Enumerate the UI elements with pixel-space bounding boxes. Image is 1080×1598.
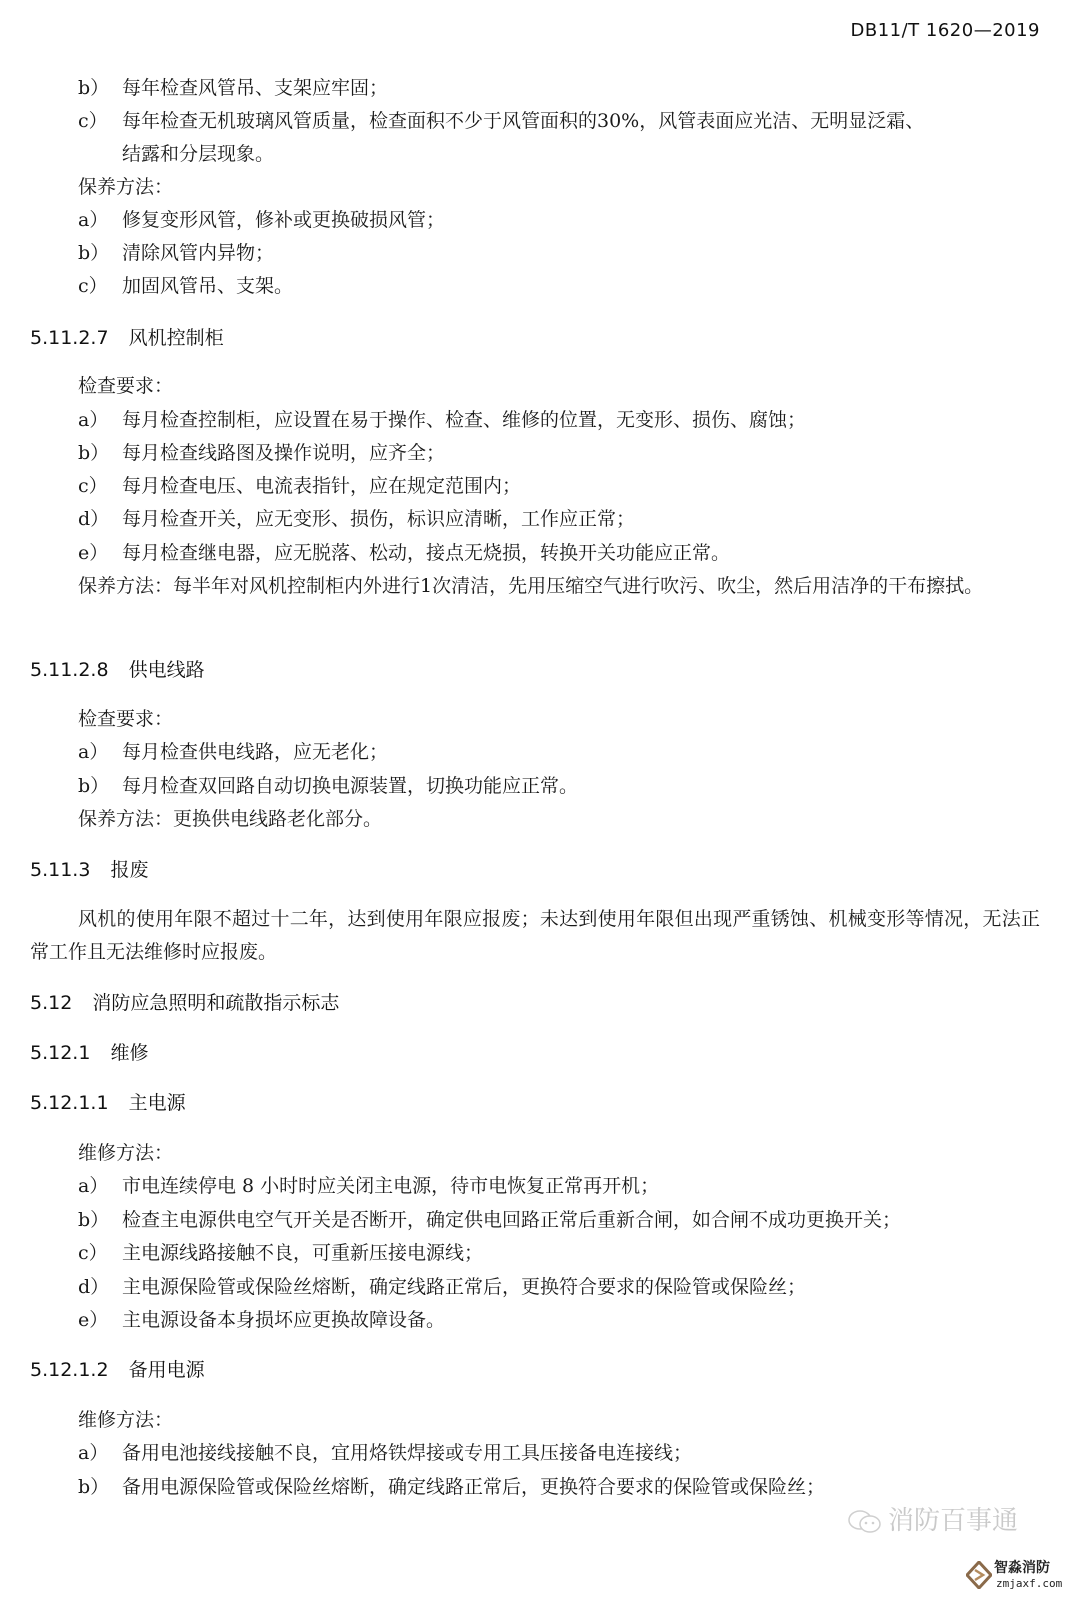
section-heading: 5.11.3报废 — [30, 857, 148, 883]
section-number: 5.12 — [30, 990, 72, 1016]
list-label: c） — [78, 108, 108, 134]
logo-name: 智淼消防 — [994, 1557, 1050, 1577]
site-logo: 智淼消防 zmjaxf.com — [966, 1555, 1076, 1595]
list-item: 每月检查控制柜，应设置在易于操作、检查、维修的位置，无变形、损伤、腐蚀； — [122, 407, 806, 433]
list-label: d） — [78, 506, 109, 532]
method-heading: 维修方法： — [78, 1407, 173, 1433]
section-number: 5.11.2.8 — [30, 657, 109, 683]
section-title: 报废 — [110, 859, 148, 881]
list-label: c） — [78, 473, 108, 499]
list-item: 备用电源保险管或保险丝熔断，确定线路正常后，更换符合要求的保险管或保险丝； — [122, 1474, 825, 1500]
section-heading: 5.11.2.7风机控制柜 — [30, 325, 224, 351]
doc-id: DB11/T 1620—2019 — [850, 20, 1040, 41]
list-item: 每月检查电压、电流表指针，应在规定范围内； — [122, 473, 521, 499]
list-label: b） — [78, 1207, 109, 1233]
list-label: c） — [78, 1240, 108, 1266]
list-item: 主电源设备本身损坏应更换故障设备。 — [122, 1307, 445, 1333]
list-item: 市电连续停电 8 小时时应关闭主电源，待市电恢复正常再开机； — [122, 1173, 659, 1199]
section-title: 备用电源 — [129, 1359, 205, 1381]
section-heading: 5.12.1维修 — [30, 1040, 148, 1066]
list-item: 主电源保险管或保险丝熔断，确定线路正常后，更换符合要求的保险管或保险丝； — [122, 1274, 806, 1300]
list-label: a） — [78, 407, 108, 433]
list-item: 每月检查开关，应无变形、损伤，标识应清晰，工作应正常； — [122, 506, 635, 532]
list-item: 每年检查无机玻璃风管质量，检查面积不少于风管面积的30%，风管表面应光洁、无明显… — [122, 108, 924, 134]
list-label: b） — [78, 773, 109, 799]
section-number: 5.12.1.1 — [30, 1090, 109, 1116]
section-title: 主电源 — [129, 1092, 186, 1114]
list-item-continuation: 结露和分层现象。 — [122, 141, 274, 167]
scrap-paragraph: 风机的使用年限不超过十二年，达到使用年限应报废；未达到使用年限但出现严重锈蚀、机… — [30, 903, 1040, 969]
section-title: 维修 — [110, 1042, 148, 1064]
watermark-text: 消防百事通 — [888, 1506, 1018, 1536]
wechat-icon — [848, 1509, 882, 1535]
section-heading: 5.12.1.1主电源 — [30, 1090, 186, 1116]
check-heading: 检查要求： — [78, 706, 173, 732]
maint-paragraph: 保养方法：每半年对风机控制柜内外进行1次清洁，先用压缩空气进行吹污、吹尘，然后用… — [30, 570, 1040, 603]
section-heading: 5.11.2.8供电线路 — [30, 657, 205, 683]
list-item: 主电源线路接触不良，可重新压接电源线； — [122, 1240, 483, 1266]
list-item: 检查主电源供电空气开关是否断开，确定供电回路正常后重新合闸，如合闸不成功更换开关… — [122, 1207, 901, 1233]
list-item: 每年检查风管吊、支架应牢固； — [122, 75, 388, 101]
list-item: 每月检查供电线路，应无老化； — [122, 739, 388, 765]
section-number: 5.11.2.7 — [30, 325, 109, 351]
section-number: 5.12.1 — [30, 1040, 90, 1066]
method-heading: 维修方法： — [78, 1140, 173, 1166]
section-number: 5.11.3 — [30, 857, 90, 883]
section-heading: 5.12消防应急照明和疏散指示标志 — [30, 990, 339, 1016]
section-title: 消防应急照明和疏散指示标志 — [92, 992, 339, 1014]
section-heading: 5.12.1.2备用电源 — [30, 1357, 205, 1383]
list-label: b） — [78, 440, 109, 466]
list-label: b） — [78, 1474, 109, 1500]
list-label: a） — [78, 1440, 108, 1466]
list-item: 备用电池接线接触不良，宜用烙铁焊接或专用工具压接备电连接线； — [122, 1440, 692, 1466]
list-item: 加固风管吊、支架。 — [122, 273, 293, 299]
section-title: 风机控制柜 — [129, 327, 224, 349]
list-label: e） — [78, 1307, 108, 1333]
list-item: 修复变形风管，修补或更换破损风管； — [122, 207, 445, 233]
maint-text: 保养方法：更换供电线路老化部分。 — [78, 806, 382, 832]
section-number: 5.12.1.2 — [30, 1357, 109, 1383]
list-label: a） — [78, 1173, 108, 1199]
list-label: b） — [78, 75, 109, 101]
list-item: 每月检查线路图及操作说明，应齐全； — [122, 440, 445, 466]
maint-heading: 保养方法： — [78, 174, 173, 200]
section-title: 供电线路 — [129, 659, 205, 681]
list-label: b） — [78, 240, 109, 266]
list-item: 每月检查双回路自动切换电源装置，切换功能应正常。 — [122, 773, 578, 799]
list-label: e） — [78, 540, 108, 566]
list-label: a） — [78, 739, 108, 765]
list-label: c） — [78, 273, 108, 299]
list-item: 清除风管内异物； — [122, 240, 274, 266]
list-label: d） — [78, 1274, 109, 1300]
logo-mark-icon — [966, 1561, 992, 1589]
list-label: a） — [78, 207, 108, 233]
logo-url: zmjaxf.com — [996, 1577, 1062, 1590]
check-heading: 检查要求： — [78, 373, 173, 399]
watermark: 消防百事通 — [848, 1500, 1018, 1537]
list-item: 每月检查继电器，应无脱落、松动，接点无烧损，转换开关功能应正常。 — [122, 540, 730, 566]
